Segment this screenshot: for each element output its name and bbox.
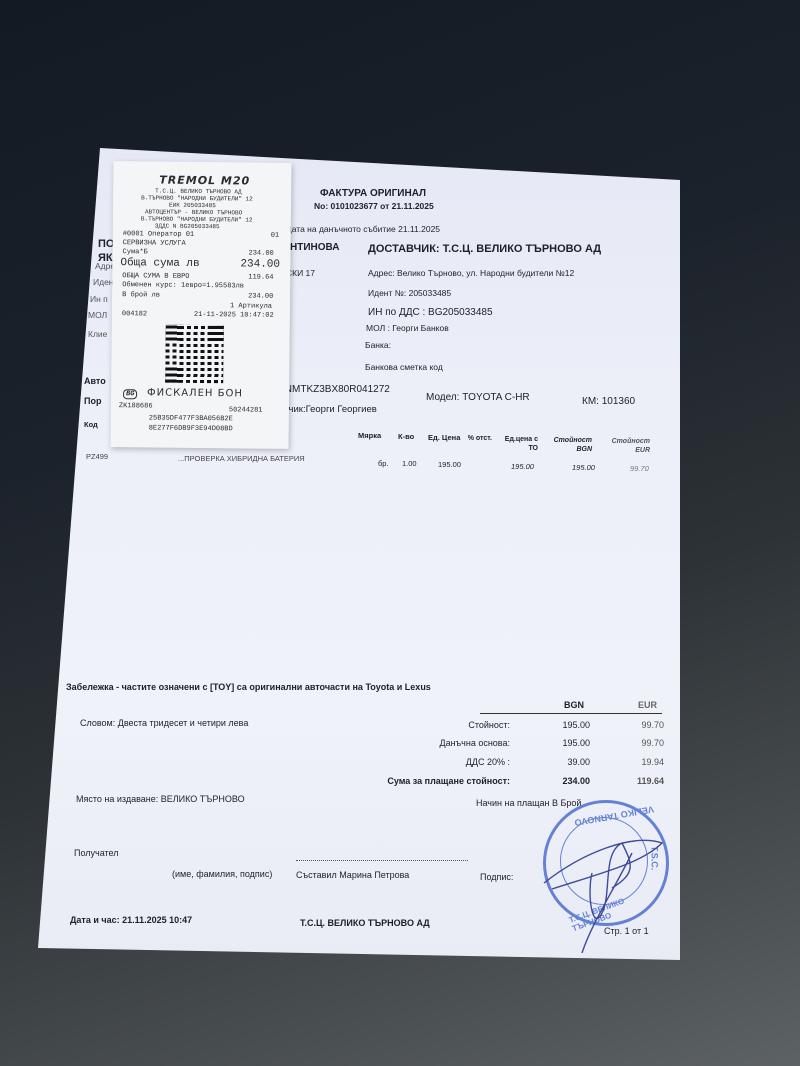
vehicle-km: КМ: 101360 [582,396,635,407]
receipt-total-eur-value: 119.64 [248,273,273,281]
fiscal-bg-badge: BG [123,389,138,399]
footer-company: Т.С.Ц. ВЕЛИКО ТЪРНОВО АД [300,918,430,928]
vehicle-model: Модел: TOYOTA C-HR [426,392,530,403]
invoice-title: ФАКТУРА ОРИГИНАЛ [320,188,426,199]
receipt-total-eur-label: ОБЩА СУМА В ЕВРО [122,272,189,281]
row-unit-price: 195.00 [438,460,461,469]
supplier-mol: МОЛ : Георги Банков [366,323,449,333]
col-value-eur: Стойност EUR [610,437,650,455]
compiled-by: Съставил Марина Петрова [296,870,409,880]
receipt-operator-num: 01 [271,232,279,240]
receipt-line-6: ЗДДС N BG205033485 [155,223,220,231]
issue-datetime: Дата и час: 21.11.2025 10:47 [70,915,192,925]
fiscal-hash-2: 8E277F6DB9F3E94D08BD [149,424,233,433]
totals-col-eur: EUR [638,700,657,710]
signature-scribble-icon [542,813,672,953]
receiver-signature-line [296,860,468,861]
totals-label: Данъчна основа: [439,738,510,748]
receipt-brand: TREMOL M20 [159,174,250,188]
company-stamp: VELIKO TARNOVO Т.С.Ц. ВЕЛИКО ТЪРНОВО T.S… [543,800,669,926]
col-discount: % отст. [466,434,492,443]
order-label: Пор [84,396,101,406]
receipt-service: СЕРВИЗНА УСЛУГА [123,239,186,248]
col-unit-price: Ед. Цена [428,433,460,442]
signature-label: Подпис: [480,872,513,882]
row-unit-price-to: 195.00 [511,462,534,471]
row-value-bgn: 195.00 [572,463,595,472]
row-value-eur: 99.70 [630,464,649,473]
totals-eur: 19.94 [641,757,664,767]
totals-eur: 119.64 [637,776,664,786]
supplier-vat-id: ИН по ДДС : BG205033485 [368,307,493,318]
receipt-sum-label: Сума*Б [123,248,148,256]
receiver-label: Получател [74,848,119,858]
supplier-bank-account: Банкова сметка код [365,362,443,372]
supplier-bank: Банка: [365,340,391,350]
vehicle-receiver: мчик:Георги Георгиев [282,404,377,415]
totals-label: Сума за плащане стойност: [387,776,510,786]
col-qty: К-во [398,432,414,441]
totals-eur: 99.70 [641,720,664,730]
receiver-signature-hint: (име, фамилия, подпис) [172,869,272,879]
row-unit: бр. [378,459,389,468]
supplier-heading: ДОСТАВЧИК: Т.С.Ц. ВЕЛИКО ТЪРНОВО АД [368,243,601,255]
supplier-ident: Идент №: 205033485 [368,288,451,298]
fiscal-title: ФИСКАЛЕН БОН [147,387,243,399]
fiscal-receipt: TREMOL M20 Т.С.Ц. ВЕЛИКО ТЪРНОВО АД В.ТЪ… [111,161,292,449]
totals-col-bgn: BGN [564,700,584,710]
fiscal-memory-number: 50244281 [229,406,263,414]
totals-label: Стойност: [468,720,510,730]
recipient-label-ident: Иден [93,277,114,287]
receipt-total-label: Обща сума лв [120,257,199,270]
totals-rule [480,713,662,714]
fiscal-hash-1: 25B35DF477F3BA056B2E [149,414,233,423]
recipient-name: НТИНОВА [290,242,339,253]
fiscal-device-id: ZK188686 [119,402,153,410]
receipt-cash-value: 234.00 [248,292,273,300]
amount-in-words-text: Словом: Двеста тридесет и четири лева [80,718,248,728]
parts-note: Забележка - частите означени с [TOY] са … [66,682,431,692]
row-description: ...ПРОВЕРКА ХИБРИДНА БАТЕРИЯ [178,454,305,463]
receipt-cash-label: В брой лв [122,291,160,299]
col-code: Код [84,420,98,429]
row-qty: 1.00 [402,459,417,468]
receipt-total-value: 234.00 [240,258,280,270]
receipt-number: 004182 [122,310,147,318]
receipt-datetime: 21-11-2025 10:47:02 [194,311,274,320]
vehicle-label: Авто [84,376,106,386]
recipient-label-client: Клие [88,329,107,339]
place-of-issue: Място на издаване: ВЕЛИКО ТЪРНОВО [76,794,245,804]
payment-method: Начин на плащан В Брой [476,798,581,808]
receipt-sum-value: 234.00 [249,249,274,257]
receipt-items-count: 1 Артикула [230,302,272,310]
totals-bgn: 195.00 [562,720,590,730]
recipient-label-mol: МОЛ [88,310,107,320]
totals-eur: 99.70 [641,738,664,748]
supplier-address: Адрес: Велико Търново, ул. Народни будит… [368,268,574,278]
totals-bgn: 195.00 [562,738,590,748]
totals-bgn: 234.00 [562,776,590,786]
tax-event-date: Дата на данъчното събитие 21.11.2025 [286,224,440,234]
row-code: PZ499 [86,452,108,461]
vehicle-vin: :NMTKZ3BX80R041272 [282,384,390,395]
col-unit-price-to: Ед.цена с ТО [498,435,538,453]
totals-label: ДДС 20% : [466,757,510,767]
receipt-exchange-rate: Обменен курс: 1евро=1.95583лв [122,281,244,290]
receipt-operator: #0001 Оператор 01 [123,230,195,239]
col-value-bgn: Стойност BGN [552,436,592,454]
col-unit: Мярка [358,431,381,440]
recipient-label-vat: Ин п [90,294,108,304]
qr-code-icon [165,325,224,384]
totals-bgn: 39.00 [567,757,590,767]
invoice-number: No: 0101023677 от 21.11.2025 [314,201,434,211]
